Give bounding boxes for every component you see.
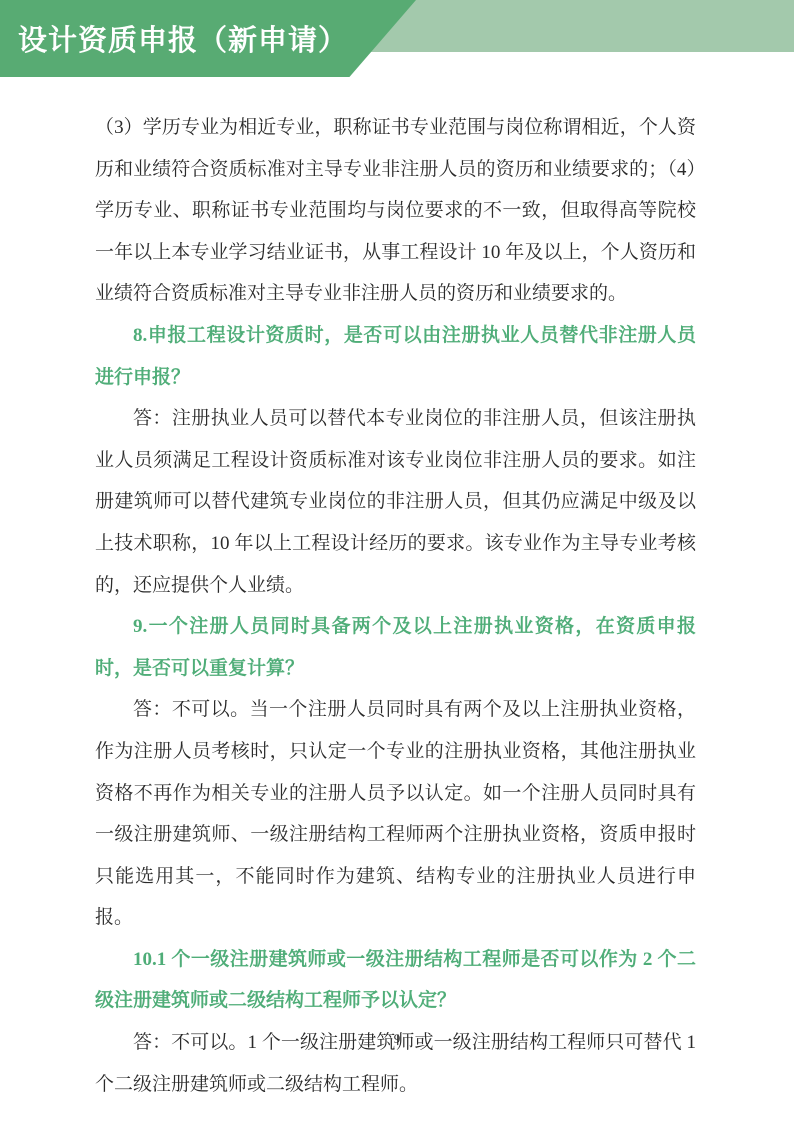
document-content: （3）学历专业为相近专业，职称证书专业范围与岗位称谓相近，个人资历和业绩符合资质…	[95, 107, 696, 1105]
question-10: 10.1 个一级注册建筑师或一级注册结构工程师是否可以作为 2 个二级注册建筑师…	[95, 939, 696, 1022]
page-footer: 9	[0, 1030, 794, 1048]
paragraph-continuation: （3）学历专业为相近专业，职称证书专业范围与岗位称谓相近，个人资历和业绩符合资质…	[95, 107, 696, 315]
answer-8: 答：注册执业人员可以替代本专业岗位的非注册人员，但该注册执业人员须满足工程设计资…	[95, 398, 696, 606]
page-number: 9	[394, 1031, 401, 1046]
header-banner: 设计资质申报（新申请）	[0, 0, 416, 77]
document-page: 设计资质申报（新申请） （3）学历专业为相近专业，职称证书专业范围与岗位称谓相近…	[0, 0, 794, 1123]
page-title: 设计资质申报（新申请）	[18, 18, 348, 59]
answer-9: 答：不可以。当一个注册人员同时具有两个及以上注册执业资格，作为注册人员考核时，只…	[95, 689, 696, 939]
question-8: 8.申报工程设计资质时，是否可以由注册执业人员替代非注册人员进行申报？	[95, 315, 696, 398]
question-9: 9.一个注册人员同时具备两个及以上注册执业资格，在资质申报时，是否可以重复计算？	[95, 606, 696, 689]
